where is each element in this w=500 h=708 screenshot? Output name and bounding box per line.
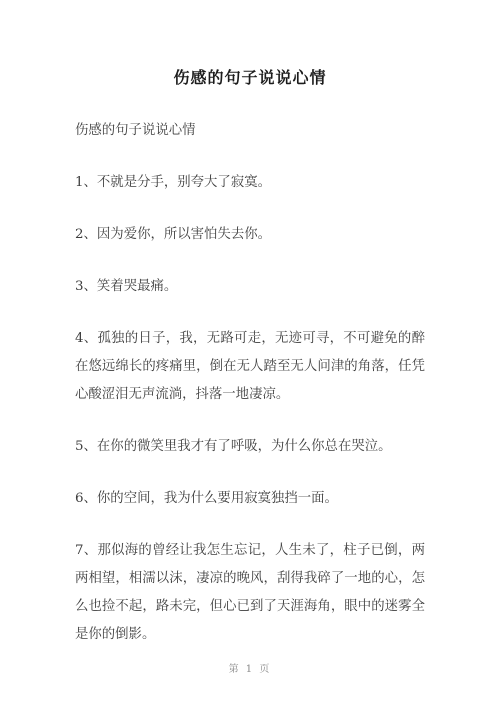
document-subtitle: 伤感的句子说说心情 <box>75 117 425 145</box>
paragraph-2: 2、因为爱你，所以害怕失去你。 <box>75 221 425 249</box>
paragraph-5: 5、在你的微笑里我才有了呼吸，为什么你总在哭泣。 <box>75 433 425 461</box>
document-page: 伤感的句子说说心情 伤感的句子说说心情 1、不就是分手，别夸大了寂寞。 2、因为… <box>0 0 500 708</box>
document-title: 伤感的句子说说心情 <box>75 66 425 90</box>
paragraph-1: 1、不就是分手，别夸大了寂寞。 <box>75 169 425 197</box>
paragraph-4: 4、孤独的日子，我，无路可走，无迹可寻，不可避免的醉在悠远绵长的疼痛里，倒在无人… <box>75 325 425 409</box>
page-number: 第 1 页 <box>75 663 425 677</box>
paragraph-3: 3、笑着哭最痛。 <box>75 273 425 301</box>
paragraph-6: 6、你的空间，我为什么要用寂寞独挡一面。 <box>75 485 425 513</box>
paragraph-7: 7、那似海的曾经让我怎生忘记，人生未了，柱子已倒，两两相望，相濡以沫，凄凉的晚风… <box>75 537 425 649</box>
